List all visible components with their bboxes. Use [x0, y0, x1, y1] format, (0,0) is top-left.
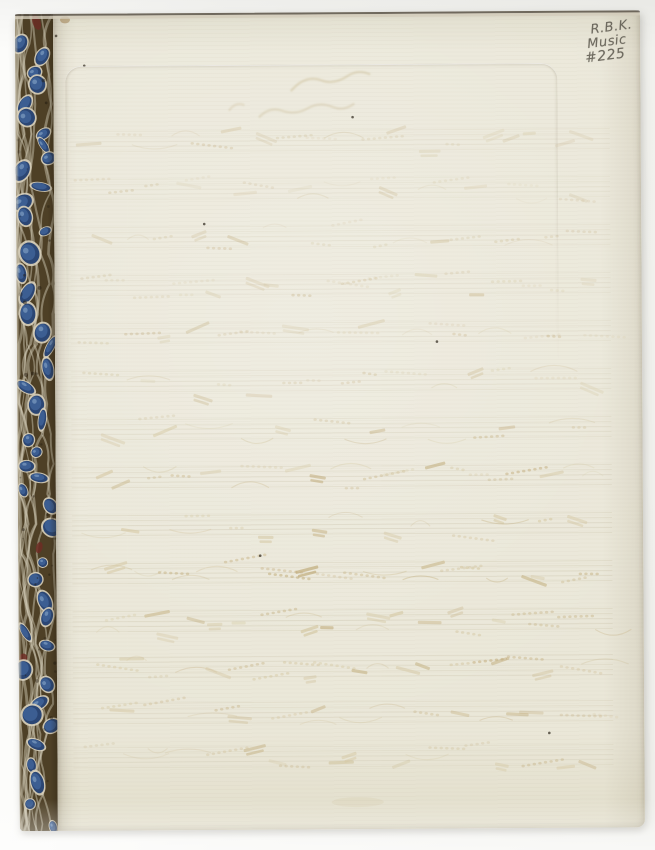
cover-paper: R.B.K. Music #225 ) — [53, 10, 645, 831]
photo-backdrop: R.B.K. Music #225 ) — [0, 0, 655, 850]
pencil-annotation: R.B.K. Music #225 ) — [590, 13, 645, 64]
embossed-plate-frame — [65, 63, 561, 706]
marbled-paper-pattern — [15, 14, 58, 831]
music-volume-cover: R.B.K. Music #225 ) — [15, 10, 645, 831]
marbled-spine — [15, 14, 58, 831]
